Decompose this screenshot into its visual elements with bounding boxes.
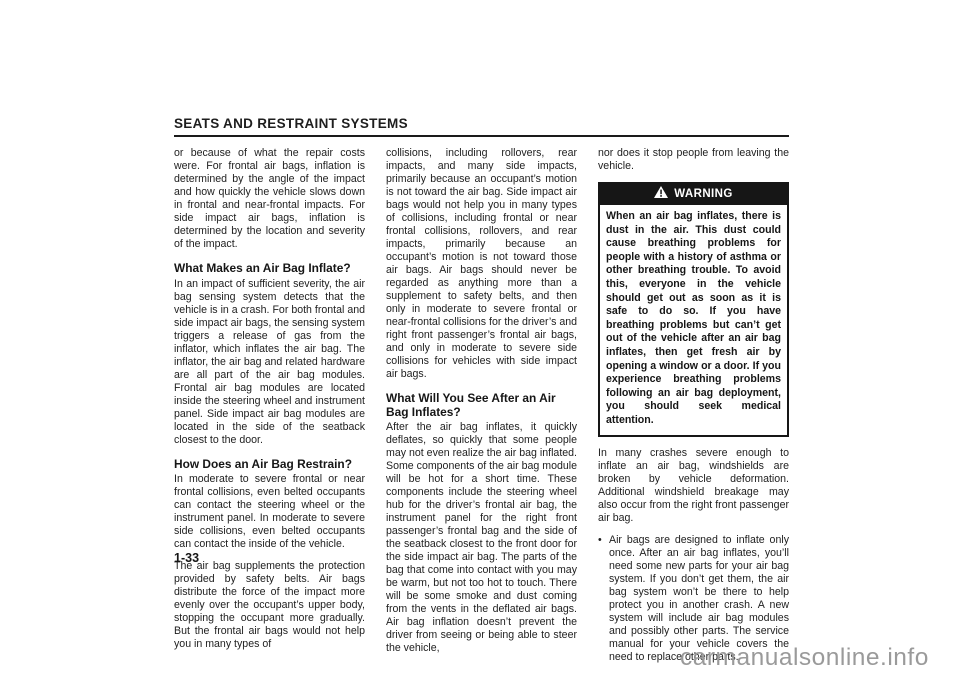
paragraph: or because of what the repair costs were… <box>174 147 365 251</box>
paragraph: In many crashes severe enough to inflate… <box>598 447 789 525</box>
warning-title: WARNING <box>674 188 732 201</box>
warning-header: WARNING <box>600 184 787 205</box>
column-1: or because of what the repair costs were… <box>174 147 365 664</box>
paragraph: The air bag supplements the protection p… <box>174 560 365 651</box>
warning-triangle-icon <box>654 186 668 202</box>
section-title: SEATS AND RESTRAINT SYSTEMS <box>174 116 789 137</box>
paragraph: nor does it stop people from leaving the… <box>598 147 789 173</box>
page-number: 1-33 <box>174 551 199 565</box>
paragraph: After the air bag inflates, it quickly d… <box>386 421 577 655</box>
paragraph: In moderate to severe frontal or near fr… <box>174 473 365 551</box>
watermark-text: carmanualsonline.info <box>680 644 929 672</box>
warning-body: When an air bag inflates, there is dust … <box>600 205 787 435</box>
paragraph: collisions, including rollovers, rear im… <box>386 147 577 381</box>
manual-page-content: SEATS AND RESTRAINT SYSTEMS or because o… <box>174 116 789 664</box>
heading-what-will-you-see-after-inflation: What Will You See After an Air Bag Infla… <box>386 392 577 419</box>
column-3: nor does it stop people from leaving the… <box>598 147 789 664</box>
column-2: collisions, including rollovers, rear im… <box>386 147 577 664</box>
paragraph: In an impact of sufficient severity, the… <box>174 278 365 447</box>
heading-how-does-an-air-bag-restrain: How Does an Air Bag Restrain? <box>174 458 365 472</box>
heading-what-makes-an-air-bag-inflate: What Makes an Air Bag Inflate? <box>174 262 365 276</box>
three-column-text: or because of what the repair costs were… <box>174 147 789 664</box>
warning-box: WARNING When an air bag inflates, there … <box>598 182 789 437</box>
bullet-icon: • <box>598 534 609 664</box>
